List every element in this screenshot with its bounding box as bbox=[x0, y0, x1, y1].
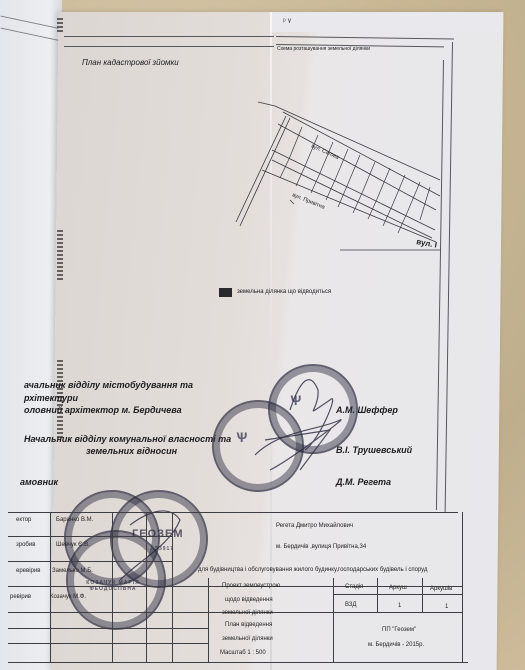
title-block-row-line bbox=[8, 662, 468, 663]
project-name-line: земельної ділянки bbox=[222, 610, 273, 616]
role-label: еревірив bbox=[16, 568, 40, 574]
title-block-col-line bbox=[112, 512, 113, 662]
role-label: ектор bbox=[16, 517, 31, 523]
title-block-row-line bbox=[8, 643, 208, 644]
column-sheet: Аркуш bbox=[389, 585, 407, 591]
client-address: м. Бердичів ,вулиця Привітна,34 bbox=[276, 544, 366, 550]
stamp-company-name: ГЕОЗЕМ bbox=[132, 528, 184, 540]
project-name-line: щодо відведення bbox=[225, 597, 273, 603]
column-sheets: Аркушів bbox=[430, 586, 452, 592]
stamp-company-code: ...53917 bbox=[148, 546, 174, 552]
title-block-border bbox=[8, 512, 458, 513]
role-label: ревірив bbox=[10, 594, 31, 600]
title-block-row-line bbox=[8, 628, 208, 629]
value-stage: ВЗД bbox=[345, 602, 357, 608]
title-block-col-line bbox=[462, 512, 463, 662]
title-block-col-line bbox=[422, 578, 423, 612]
title-block-col-line bbox=[333, 578, 334, 662]
client-name: Регета Дмитро Михайлович bbox=[276, 523, 353, 529]
drawing-name-line: земельної ділянки bbox=[222, 636, 273, 642]
project-name-line: Проект землеустрою bbox=[222, 583, 280, 589]
role-person: Замелько М.Б. bbox=[52, 568, 93, 574]
trident-emblem-icon: Ѱ bbox=[290, 392, 301, 408]
land-purpose: для будівництва і обслуговування жилого … bbox=[198, 567, 427, 573]
title-block-row-line bbox=[8, 536, 173, 537]
title-block-col-line bbox=[208, 578, 209, 662]
city-year: м. Бердичів - 2015р. bbox=[368, 642, 424, 648]
role-person: Баранко В.М. bbox=[56, 517, 93, 523]
title-block-col-line bbox=[172, 512, 173, 662]
value-sheets: 1 bbox=[445, 604, 448, 610]
title-block-row-line bbox=[8, 561, 173, 562]
drawing-name-line: План відведення bbox=[225, 622, 272, 628]
title-block-col-line bbox=[50, 512, 51, 662]
organization-name: ПП "Геозем" bbox=[382, 627, 416, 633]
value-sheet: 1 bbox=[398, 603, 401, 609]
title-block-row-line bbox=[333, 594, 463, 595]
role-person: Козачук М.Ф. bbox=[50, 594, 86, 600]
trident-emblem-icon: Ѱ bbox=[236, 429, 247, 445]
column-stage: Стадія bbox=[345, 584, 363, 590]
title-block-col-line bbox=[377, 578, 378, 612]
role-label: зробив bbox=[16, 542, 35, 548]
scale-label: Масштаб 1 : 500 bbox=[220, 650, 266, 656]
role-person: Шевчук Є.В. bbox=[56, 542, 90, 548]
title-block-col-line bbox=[146, 512, 147, 662]
